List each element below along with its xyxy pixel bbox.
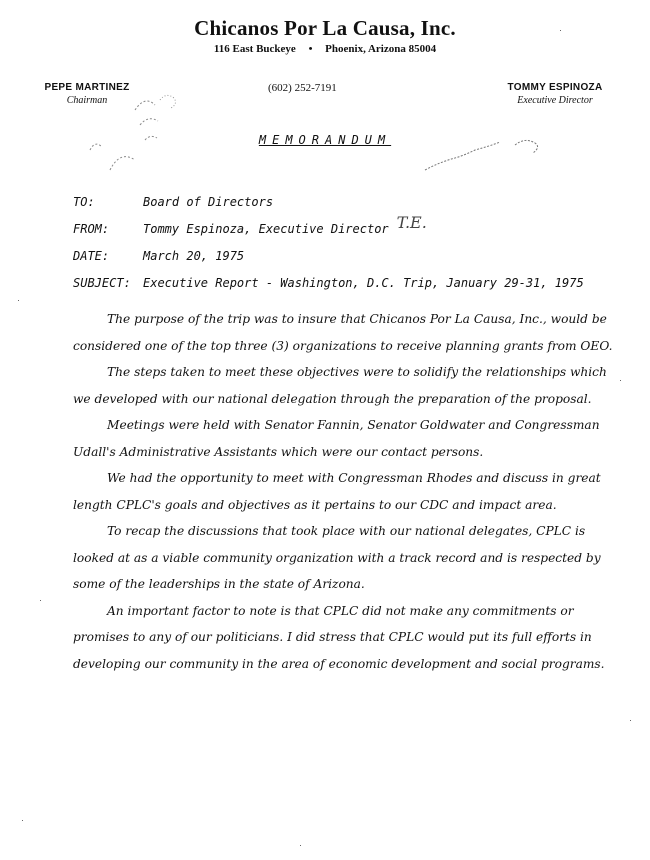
field-label: DATE: (73, 249, 143, 263)
director-block: TOMMY ESPINOZA Executive Director (480, 82, 630, 106)
scan-speck (630, 720, 631, 721)
organization-name: Chicanos Por La Causa, Inc. (0, 16, 650, 41)
paragraph: The steps taken to meet these objectives… (73, 359, 613, 412)
field-to: TO: Board of Directors (73, 188, 584, 215)
field-label: TO: (73, 195, 143, 209)
field-value: March 20, 1975 (143, 249, 244, 263)
field-value: Executive Report - Washington, D.C. Trip… (143, 276, 584, 290)
field-value: Tommy Espinoza, Executive Director (143, 222, 389, 236)
scan-speck (620, 380, 621, 381)
scan-speck (300, 845, 301, 846)
address-street: 116 East Buckeye (214, 43, 296, 55)
scan-speck (22, 820, 23, 821)
paragraph: An important factor to note is that CPLC… (73, 598, 613, 678)
memo-page: Chicanos Por La Causa, Inc. 116 East Buc… (0, 0, 650, 860)
field-label: SUBJECT: (73, 276, 143, 290)
organization-address: 116 East Buckeye • Phoenix, Arizona 8500… (0, 43, 650, 55)
bullet-separator: • (309, 43, 313, 55)
organization-phone: (602) 252-7191 (268, 82, 337, 94)
scan-speck (18, 300, 19, 301)
memo-fields: TO: Board of Directors FROM: Tommy Espin… (73, 188, 584, 296)
director-title: Executive Director (480, 95, 630, 106)
field-subject: SUBJECT: Executive Report - Washington, … (73, 269, 584, 296)
scan-speck (40, 600, 41, 601)
scan-speck (560, 30, 561, 31)
handwritten-scrawl-left-icon (50, 70, 200, 180)
memo-heading: MEMORANDUM (0, 133, 650, 147)
field-value: Board of Directors (143, 195, 273, 209)
field-label: FROM: (73, 222, 143, 236)
paragraph: The purpose of the trip was to insure th… (73, 306, 613, 359)
paragraph: Meetings were held with Senator Fannin, … (73, 412, 613, 465)
field-from: FROM: Tommy Espinoza, Executive Director… (73, 215, 584, 242)
address-city: Phoenix, Arizona 85004 (325, 43, 436, 55)
paragraph: To recap the discussions that took place… (73, 518, 613, 598)
field-date: DATE: March 20, 1975 (73, 242, 584, 269)
director-name: TOMMY ESPINOZA (480, 82, 630, 93)
handwritten-initials: T.E. (397, 213, 427, 232)
memo-body: The purpose of the trip was to insure th… (73, 306, 613, 677)
paragraph: We had the opportunity to meet with Cong… (73, 465, 613, 518)
